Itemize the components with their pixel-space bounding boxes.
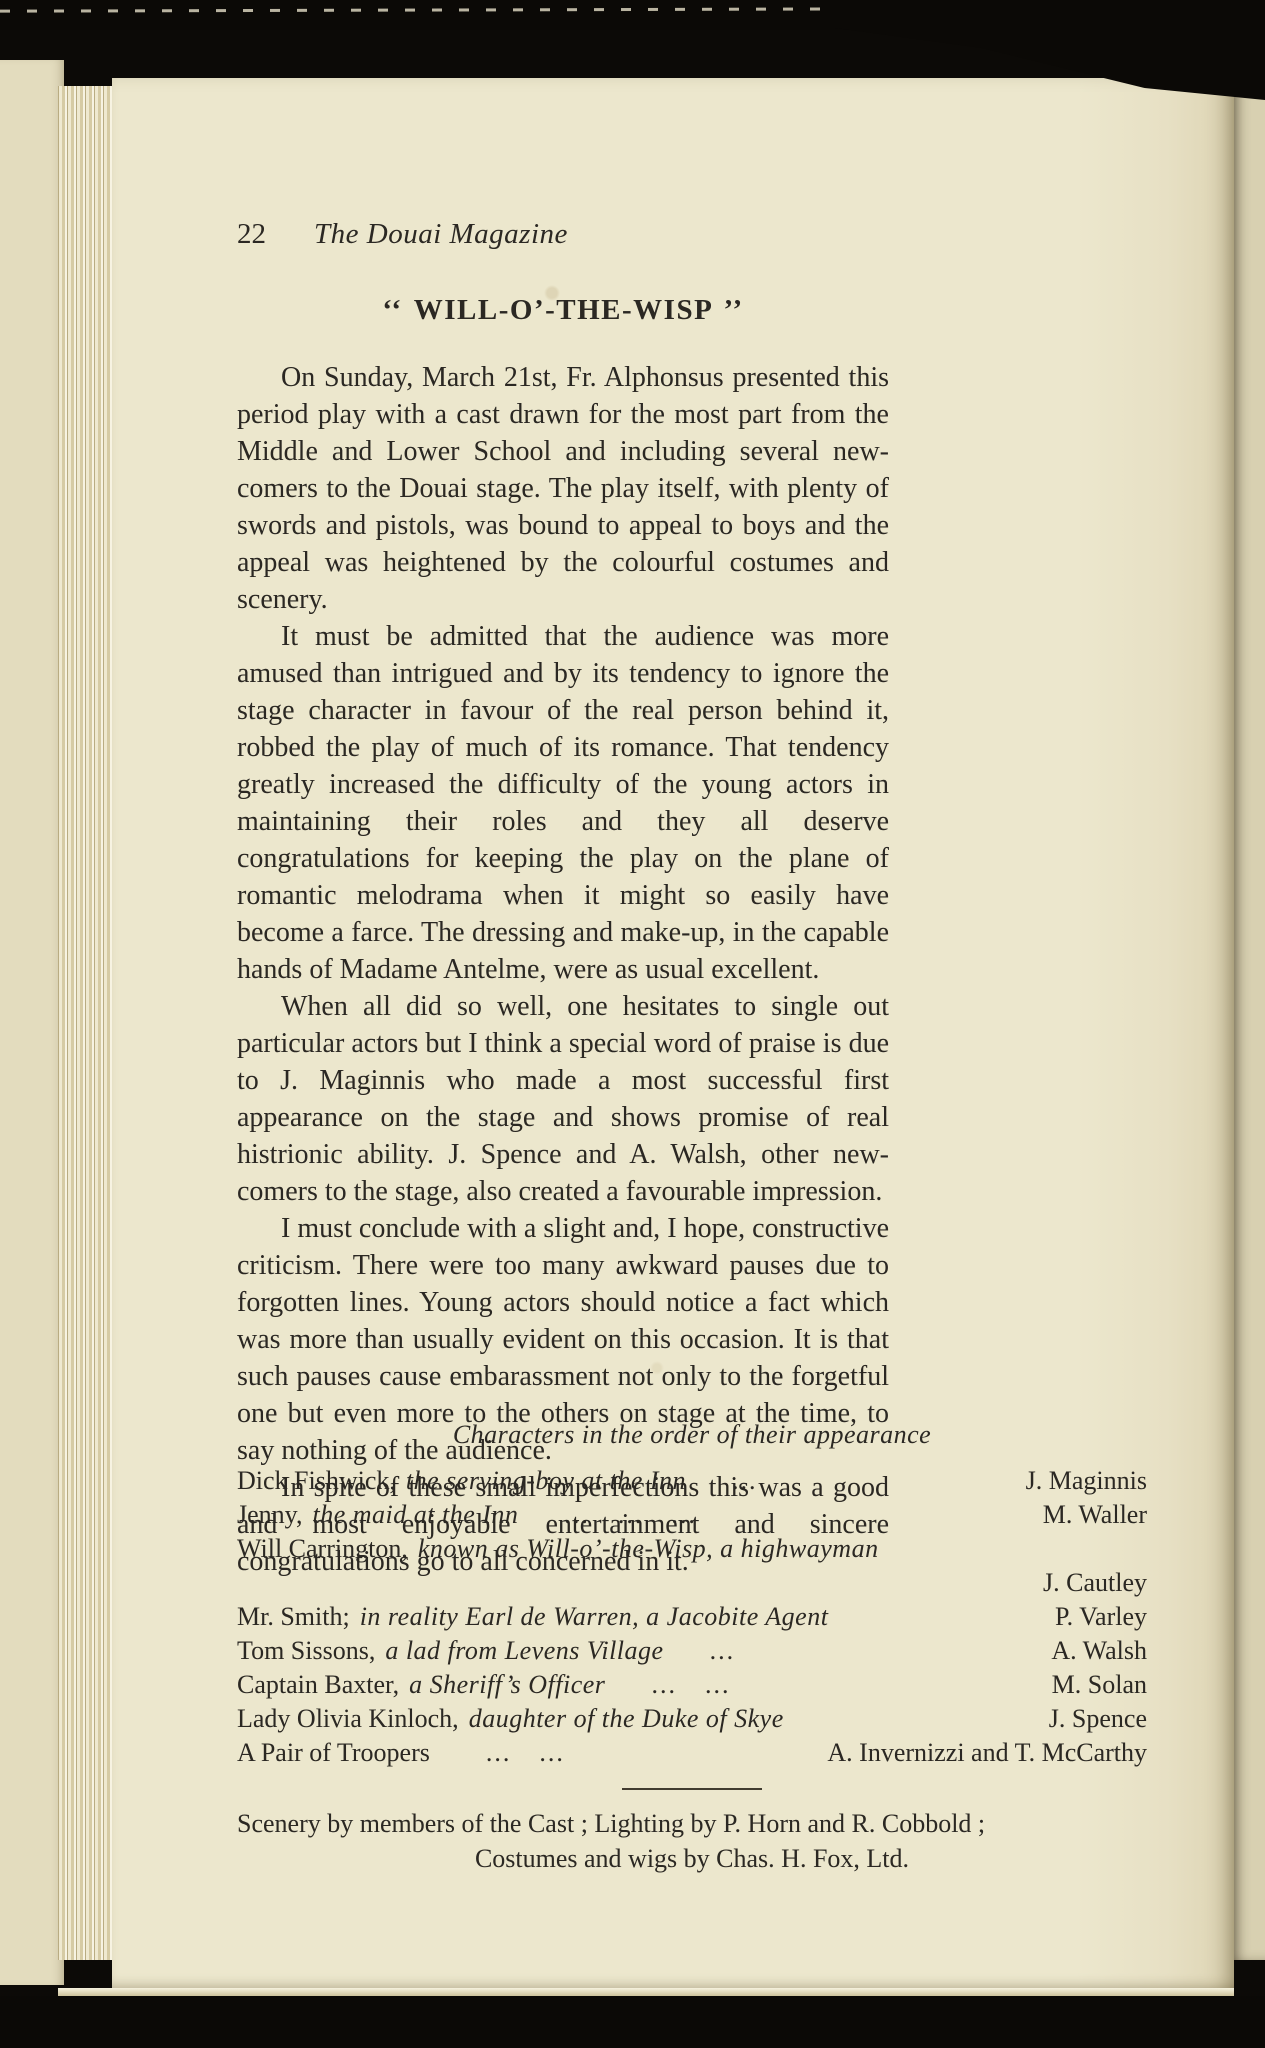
character-name: Captain Baxter, — [237, 1668, 399, 1702]
character-role: daughter of the Duke of Skye — [469, 1702, 784, 1736]
character-name: Lady Olivia Kinloch, — [237, 1702, 459, 1736]
character-role: the serving-boy at the Inn — [406, 1464, 686, 1498]
character-name: Jenny, — [237, 1498, 302, 1532]
actor-name: J. Maginnis — [1014, 1464, 1147, 1498]
actor-name: M. Waller — [1031, 1498, 1147, 1532]
leader-dots: ... — [664, 1634, 1040, 1668]
running-header: 22 The Douai Magazine — [237, 218, 889, 250]
character-name: A Pair of Troopers — [237, 1736, 430, 1770]
paragraph: On Sunday, March 21st, Fr. Alphonsus pre… — [237, 359, 889, 618]
character-name: Dick Fishwick, — [237, 1464, 396, 1498]
underlying-page-edge — [0, 60, 64, 1985]
cast-section: Characters in the order of their appeara… — [237, 1420, 1147, 1876]
character-role: a Sheriff’s Officer — [409, 1668, 605, 1702]
actor-name: M. Solan — [1040, 1668, 1147, 1702]
leader-dots: ... — [686, 1464, 1014, 1498]
paragraph: When all did so well, one hesitates to s… — [237, 988, 889, 1210]
cast-list: Dick Fishwick, the serving-boy at the In… — [237, 1464, 1147, 1770]
article-title: ‘‘ WILL-O’-THE-WISP ’’ — [237, 294, 889, 327]
cast-heading: Characters in the order of their appeara… — [237, 1420, 1147, 1450]
character-name: Tom Sissons, — [237, 1634, 375, 1668]
article-content: 22 The Douai Magazine ‘‘ WILL-O’-THE-WIS… — [237, 218, 889, 1580]
page-number: 22 — [237, 218, 266, 250]
actor-name: A. Walsh — [1039, 1634, 1147, 1668]
actor-name: A. Invernizzi and T. McCarthy — [815, 1736, 1147, 1770]
character-name: Mr. Smith; — [237, 1600, 350, 1634]
stacked-page-edges — [58, 86, 114, 1960]
leader-dots: ... ... — [440, 1736, 816, 1770]
character-role: known as Will-o’-the-Wisp, a highwayman — [418, 1532, 879, 1566]
cast-row: Mr. Smith; in reality Earl de Warren, a … — [237, 1600, 1147, 1634]
cast-row: Tom Sissons, a lad from Levens Village .… — [237, 1634, 1147, 1668]
credits-line: Scenery by members of the Cast ; Lightin… — [237, 1806, 1147, 1841]
cast-row: A Pair of Troopers ... ... A. Invernizzi… — [237, 1736, 1147, 1770]
actor-name: J. Cautley — [1031, 1566, 1147, 1600]
actor-name: J. Spence — [1037, 1702, 1147, 1736]
credits-line: Costumes and wigs by Chas. H. Fox, Ltd. — [237, 1841, 1147, 1876]
production-credits: Scenery by members of the Cast ; Lightin… — [237, 1806, 1147, 1876]
book-cover-bottom — [0, 1996, 1265, 2048]
bottom-page-edges — [58, 1988, 1234, 1996]
right-page-curl — [1231, 80, 1265, 1960]
paragraph: It must be admitted that the audience wa… — [237, 618, 889, 988]
actor-name: P. Varley — [1043, 1600, 1147, 1634]
cast-row: Lady Olivia Kinloch, daughter of the Duk… — [237, 1702, 1147, 1736]
scanned-book-page: 22 The Douai Magazine ‘‘ WILL-O’-THE-WIS… — [0, 0, 1265, 2048]
cast-row: J. Cautley — [237, 1566, 1147, 1600]
character-role: in reality Earl de Warren, a Jacobite Ag… — [360, 1600, 829, 1634]
leader-dots: ... ... ... — [518, 1498, 1030, 1532]
cast-row: Captain Baxter, a Sheriff’s Officer ... … — [237, 1668, 1147, 1702]
character-role: the maid at the Inn — [312, 1498, 518, 1532]
leader-dots: ... ... — [605, 1668, 1039, 1702]
cast-row: Jenny, the maid at the Inn ... ... ... M… — [237, 1498, 1147, 1532]
article-body: On Sunday, March 21st, Fr. Alphonsus pre… — [237, 359, 889, 1580]
cast-row: Dick Fishwick, the serving-boy at the In… — [237, 1464, 1147, 1498]
cast-row: Will Carrington, known as Will-o’-the-Wi… — [237, 1532, 1147, 1566]
character-role: a lad from Levens Village — [385, 1634, 663, 1668]
publication-title: The Douai Magazine — [314, 218, 568, 250]
character-name: Will Carrington, — [237, 1532, 408, 1566]
credits-divider — [622, 1788, 762, 1790]
